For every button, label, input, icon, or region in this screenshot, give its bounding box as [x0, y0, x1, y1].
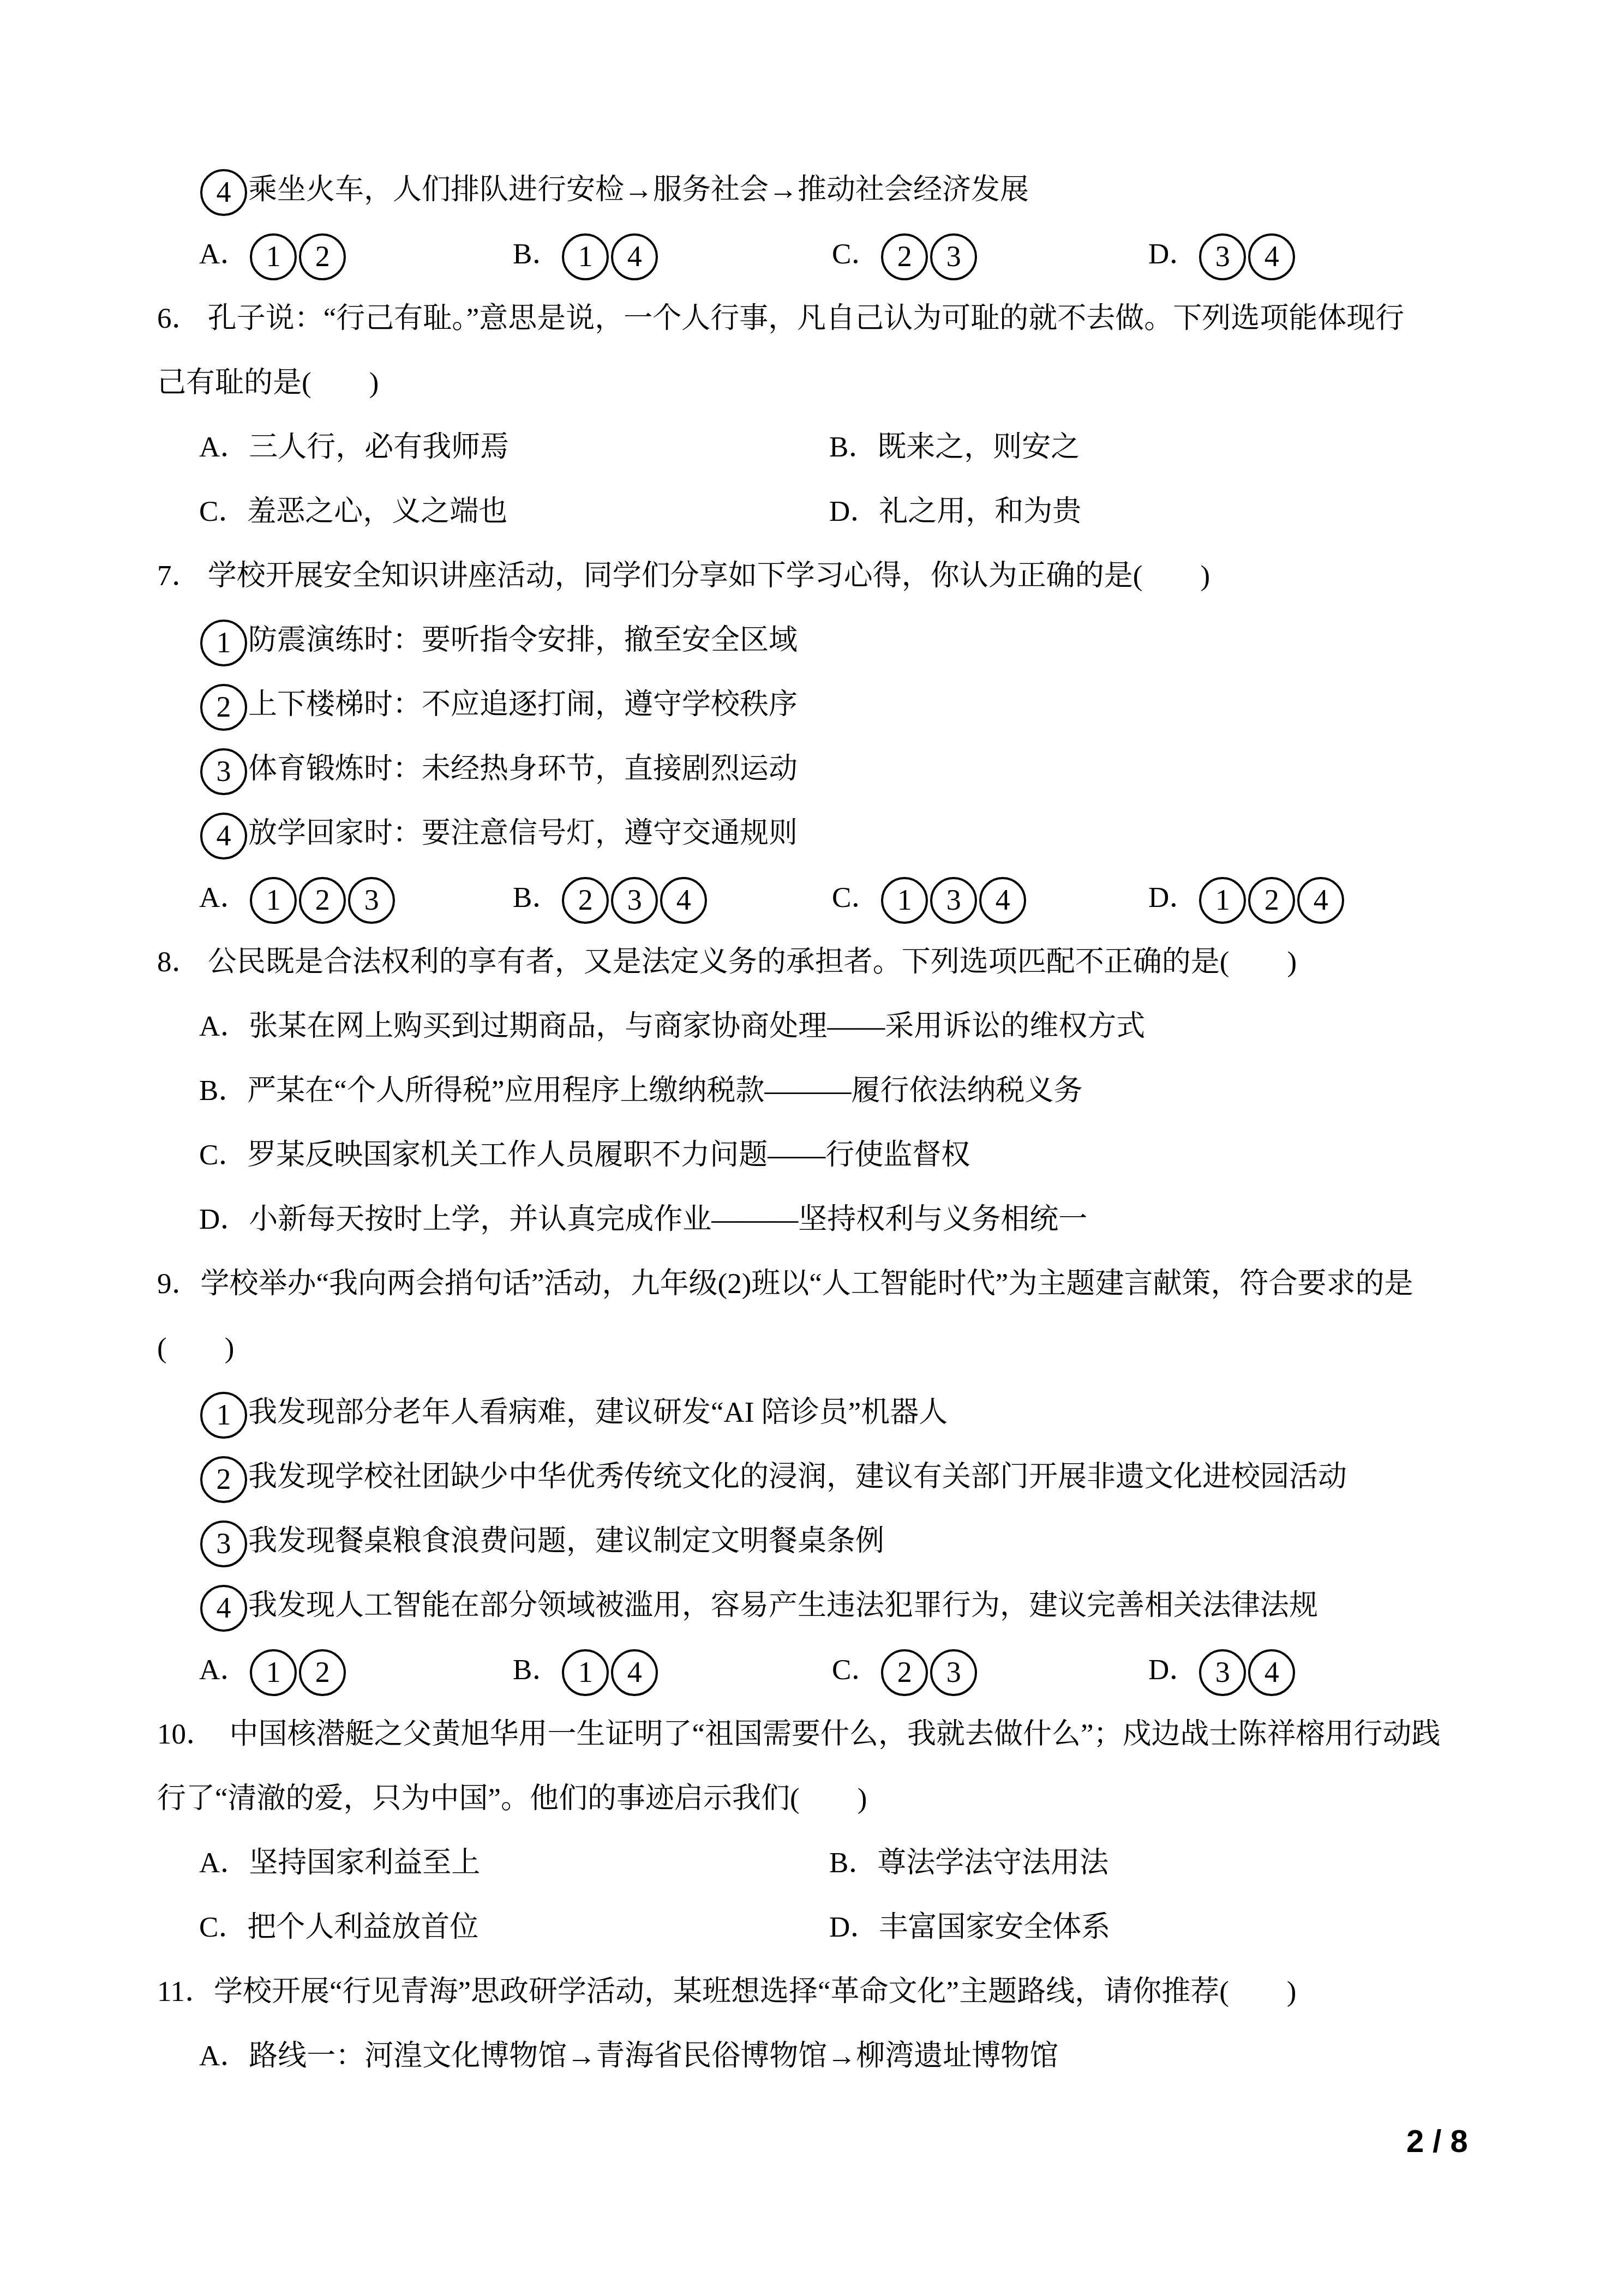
answer-option: B．234 — [513, 865, 708, 930]
circled-number: 4 — [200, 813, 247, 860]
numbered-item: 4放学回家时：要注意信号灯，遵守交通规则 — [0, 801, 1624, 865]
circled-number: 2 — [200, 684, 247, 731]
answer-options-row: A．12B．14C．23D．34 — [0, 1638, 1624, 1702]
circled-number: 3 — [200, 748, 247, 795]
answer-options-row: A．12B．14C．23D．34 — [0, 222, 1624, 286]
answer-option: B．14 — [513, 1638, 659, 1702]
circled-number: 1 — [200, 1392, 247, 1439]
option-label: D． — [829, 496, 879, 527]
answer-option: C．罗某反映国家机关工作人员履职不力问题——行使监督权 — [0, 1123, 1624, 1187]
circled-number: 4 — [611, 1649, 658, 1696]
line-text: 既来之，则安之 — [877, 431, 1080, 463]
numbered-item: 1我发现部分老年人看病难，建议研发“AI 陪诊员”机器人 — [0, 1380, 1624, 1445]
circled-number: 1 — [562, 1649, 609, 1696]
line-text: 防震演练时：要听指令安排，撤至安全区域 — [248, 624, 798, 656]
numbered-item: 2我发现学校社团缺少中华优秀传统文化的浸润，建议有关部门开展非遗文化进校园活动 — [0, 1445, 1624, 1509]
option-label: C． — [832, 238, 880, 270]
circled-number: 3 — [348, 877, 395, 924]
answer-option: C．羞恶之心，义之端也 — [199, 479, 507, 544]
answer-option: A．12 — [199, 1638, 347, 1702]
option-label: D． — [829, 1912, 879, 1943]
option-label: A． — [199, 1011, 249, 1042]
circled-number: 3 — [1199, 233, 1246, 280]
circled-number: 4 — [200, 1585, 247, 1632]
question-stem-continued: 行了“清澈的爱，只为中国”。他们的事迹启示我们( ) — [0, 1766, 1624, 1831]
option-label: C． — [832, 882, 880, 913]
line-text: 罗某反映国家机关工作人员履职不力问题——行使监督权 — [247, 1139, 970, 1171]
circled-number: 1 — [1199, 877, 1246, 924]
answer-option: A．张某在网上购买到过期商品，与商家协商处理——采用诉讼的维权方式 — [0, 994, 1624, 1059]
question-number: 9． — [157, 1268, 201, 1300]
numbered-item: 3我发现餐桌粮食浪费问题，建议制定文明餐桌条例 — [0, 1509, 1624, 1573]
question-number: 11． — [157, 1976, 214, 2008]
answer-option: D．34 — [1148, 222, 1296, 286]
line-text: 公民既是合法权利的享有者，又是法定义务的承担者。下列选项匹配不正确的是( ) — [208, 946, 1297, 978]
answer-option: D．34 — [1148, 1638, 1296, 1702]
line-text: 学校开展“行见青海”思政研学活动，某班想选择“革命文化”主题路线，请你推荐( ) — [214, 1976, 1296, 2008]
line-text: 坚持国家利益至上 — [249, 1847, 480, 1879]
line-text: 小新每天按时上学，并认真完成作业———坚持权利与义务相统一 — [249, 1204, 1087, 1235]
circled-number: 1 — [200, 620, 247, 666]
option-label: B． — [513, 882, 561, 913]
answer-option: A．路线一：河湟文化博物馆→青海省民俗博物馆→柳湾遗址博物馆 — [0, 2024, 1624, 2088]
answer-options-row: C．羞恶之心，义之端也D．礼之用，和为贵 — [0, 479, 1624, 544]
line-text: 我发现部分老年人看病难，建议研发“AI 陪诊员”机器人 — [248, 1397, 948, 1428]
circled-number: 3 — [930, 877, 977, 924]
answer-option: B．尊法学法守法用法 — [829, 1831, 1108, 1895]
circled-number: 4 — [1297, 877, 1344, 924]
answer-option: C．23 — [832, 222, 978, 286]
answer-option: C．23 — [832, 1638, 978, 1702]
option-label: A． — [199, 2040, 249, 2072]
circled-number: 2 — [299, 1649, 346, 1696]
answer-option: C．把个人利益放首位 — [199, 1895, 478, 1960]
option-label: B． — [513, 238, 561, 270]
option-label: C． — [199, 496, 247, 527]
option-label: B． — [513, 1654, 561, 1686]
question-number: 10． — [157, 1718, 230, 1750]
option-label: A． — [199, 238, 249, 270]
option-label: D． — [199, 1204, 249, 1235]
exam-content: 4乘坐火车，人们排队进行安检→服务社会→推动社会经济发展A．12B．14C．23… — [0, 158, 1624, 2088]
answer-option: A．三人行，必有我师焉 — [199, 415, 509, 479]
line-text: 丰富国家安全体系 — [879, 1912, 1110, 1943]
line-text: 学校开展安全知识讲座活动，同学们分享如下学习心得，你认为正确的是( ) — [208, 560, 1210, 592]
option-label: D． — [1148, 1654, 1198, 1686]
option-label: D． — [1148, 238, 1198, 270]
circled-number: 4 — [979, 877, 1026, 924]
question-number: 7． — [157, 560, 208, 592]
answer-option: B．严某在“个人所得税”应用程序上缴纳税款———履行依法纳税义务 — [0, 1059, 1624, 1123]
question-stem-continued: 己有耻的是( ) — [0, 351, 1624, 415]
exam-page: 4乘坐火车，人们排队进行安检→服务社会→推动社会经济发展A．12B．14C．23… — [0, 0, 1624, 2296]
answer-option: A．坚持国家利益至上 — [199, 1831, 480, 1895]
answer-option: B．既来之，则安之 — [829, 415, 1080, 479]
line-text: 路线一：河湟文化博物馆→青海省民俗博物馆→柳湾遗址博物馆 — [249, 2040, 1058, 2072]
question-stem: 8． 公民既是合法权利的享有者，又是法定义务的承担者。下列选项匹配不正确的是( … — [0, 930, 1624, 994]
question-stem: 11．学校开展“行见青海”思政研学活动，某班想选择“革命文化”主题路线，请你推荐… — [0, 1960, 1624, 2024]
answer-option: A．12 — [199, 222, 347, 286]
question-stem: 7． 学校开展安全知识讲座活动，同学们分享如下学习心得，你认为正确的是( ) — [0, 544, 1624, 608]
line-text: 羞恶之心，义之端也 — [247, 496, 507, 527]
line-text: 上下楼梯时：不应追逐打闹，遵守学校秩序 — [248, 689, 798, 720]
option-label: A． — [199, 1847, 249, 1879]
circled-number: 4 — [611, 233, 658, 280]
question-stem: 10． 中国核潜艇之父黄旭华用一生证明了“祖国需要什么，我就去做什么”；戍边战士… — [0, 1702, 1624, 1766]
circled-number: 4 — [200, 169, 247, 216]
circled-number: 4 — [660, 877, 707, 924]
circled-number: 4 — [1248, 233, 1295, 280]
numbered-item: 2上下楼梯时：不应追逐打闹，遵守学校秩序 — [0, 672, 1624, 737]
line-text: 张某在网上购买到过期商品，与商家协商处理——采用诉讼的维权方式 — [249, 1011, 1145, 1042]
line-text: 放学回家时：要注意信号灯，遵守交通规则 — [248, 818, 798, 849]
line-text: 尊法学法守法用法 — [877, 1847, 1108, 1879]
question-stem-continued: ( ) — [0, 1316, 1624, 1380]
option-label: B． — [199, 1075, 247, 1107]
option-label: C． — [832, 1654, 880, 1686]
circled-number: 3 — [200, 1520, 247, 1567]
line-text: 体育锻炼时：未经热身环节，直接剧烈运动 — [248, 753, 798, 785]
page-number: 2 / 8 — [1406, 2112, 1468, 2172]
circled-number: 2 — [881, 233, 928, 280]
line-text: 礼之用，和为贵 — [879, 496, 1081, 527]
line-text: 己有耻的是( ) — [157, 367, 379, 399]
circled-number: 2 — [200, 1456, 247, 1503]
line-text: 乘坐火车，人们排队进行安检→服务社会→推动社会经济发展 — [248, 174, 1029, 206]
question-stem: 9．学校举办“我向两会捎句话”活动，九年级(2)班以“人工智能时代”为主题建言献… — [0, 1252, 1624, 1316]
line-text: 严某在“个人所得税”应用程序上缴纳税款———履行依法纳税义务 — [247, 1075, 1082, 1107]
option-label: A． — [199, 1654, 249, 1686]
circled-number: 1 — [881, 877, 928, 924]
circled-number: 1 — [250, 1649, 297, 1696]
answer-options-row: A．三人行，必有我师焉B．既来之，则安之 — [0, 415, 1624, 479]
line-text: 学校举办“我向两会捎句话”活动，九年级(2)班以“人工智能时代”为主题建言献策，… — [201, 1268, 1413, 1300]
line-text: 孔子说：“行己有耻。”意思是说，一个人行事，凡自己认为可耻的就不去做。下列选项能… — [208, 303, 1405, 334]
circled-number: 2 — [881, 1649, 928, 1696]
circled-number: 1 — [250, 233, 297, 280]
line-text: 行了“清澈的爱，只为中国”。他们的事迹启示我们( ) — [157, 1783, 867, 1814]
answer-option: B．14 — [513, 222, 659, 286]
answer-options-row: A．123B．234C．134D．124 — [0, 865, 1624, 930]
line-text: 三人行，必有我师焉 — [249, 431, 509, 463]
option-label: A． — [199, 882, 249, 913]
circled-number: 2 — [299, 233, 346, 280]
circled-number: 1 — [562, 233, 609, 280]
question-number: 8． — [157, 946, 208, 978]
numbered-item: 1防震演练时：要听指令安排，撤至安全区域 — [0, 608, 1624, 672]
line-text: 把个人利益放首位 — [247, 1912, 478, 1943]
circled-number: 3 — [930, 233, 977, 280]
numbered-item: 4乘坐火车，人们排队进行安检→服务社会→推动社会经济发展 — [0, 158, 1624, 222]
answer-options-row: C．把个人利益放首位D．丰富国家安全体系 — [0, 1895, 1624, 1960]
option-label: B． — [829, 431, 877, 463]
circled-number: 2 — [562, 877, 609, 924]
line-text: 中国核潜艇之父黄旭华用一生证明了“祖国需要什么，我就去做什么”；戍边战士陈祥榕用… — [230, 1718, 1441, 1750]
circled-number: 4 — [1248, 1649, 1295, 1696]
circled-number: 3 — [930, 1649, 977, 1696]
answer-option: C．134 — [832, 865, 1027, 930]
line-text: 我发现餐桌粮食浪费问题，建议制定文明餐桌条例 — [248, 1525, 884, 1557]
answer-option: D．礼之用，和为贵 — [829, 479, 1081, 544]
answer-option: D．小新每天按时上学，并认真完成作业———坚持权利与义务相统一 — [0, 1187, 1624, 1252]
circled-number: 2 — [299, 877, 346, 924]
answer-options-row: A．坚持国家利益至上B．尊法学法守法用法 — [0, 1831, 1624, 1895]
numbered-item: 3体育锻炼时：未经热身环节，直接剧烈运动 — [0, 737, 1624, 801]
line-text: 我发现学校社团缺少中华优秀传统文化的浸润，建议有关部门开展非遗文化进校园活动 — [248, 1461, 1347, 1493]
option-label: D． — [1148, 882, 1198, 913]
answer-option: D．丰富国家安全体系 — [829, 1895, 1110, 1960]
circled-number: 2 — [1248, 877, 1295, 924]
option-label: A． — [199, 431, 249, 463]
line-text: ( ) — [157, 1332, 234, 1364]
question-number: 6． — [157, 303, 208, 334]
circled-number: 1 — [250, 877, 297, 924]
option-label: C． — [199, 1912, 247, 1943]
circled-number: 3 — [611, 877, 658, 924]
option-label: B． — [829, 1847, 877, 1879]
line-text: 我发现人工智能在部分领域被滥用，容易产生违法犯罪行为，建议完善相关法律法规 — [248, 1590, 1318, 1621]
numbered-item: 4我发现人工智能在部分领域被滥用，容易产生违法犯罪行为，建议完善相关法律法规 — [0, 1573, 1624, 1638]
answer-option: A．123 — [199, 865, 396, 930]
option-label: C． — [199, 1139, 247, 1171]
answer-option: D．124 — [1148, 865, 1345, 930]
circled-number: 3 — [1199, 1649, 1246, 1696]
question-stem: 6． 孔子说：“行己有耻。”意思是说，一个人行事，凡自己认为可耻的就不去做。下列… — [0, 286, 1624, 351]
